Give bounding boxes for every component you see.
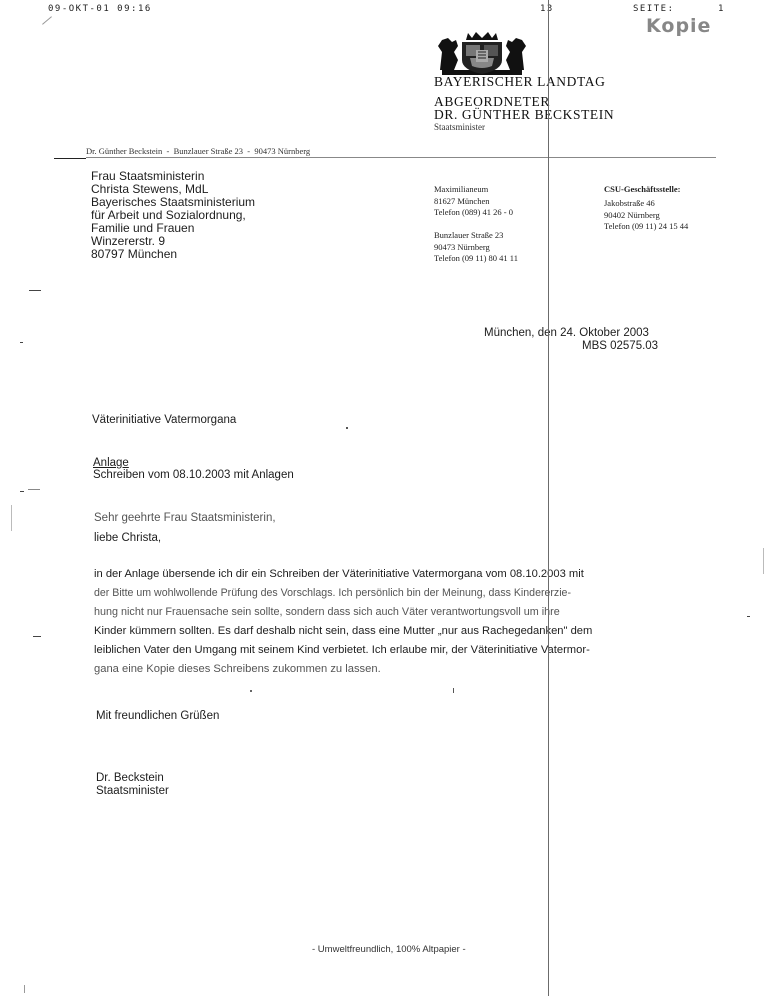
- fax-page-label: SEITE:: [633, 4, 675, 14]
- margin-mark: [763, 548, 764, 574]
- scan-speck: [453, 688, 454, 693]
- subject-line: Väterinitiative Vatermorgana: [92, 414, 236, 426]
- fax-page-number: 1: [718, 4, 725, 14]
- letterhead-name: DR. GÜNTHER BECKSTEIN: [434, 108, 614, 122]
- scan-speck: [346, 427, 348, 429]
- csu-office-heading: CSU-Geschäftsstelle:: [604, 184, 680, 194]
- signature-name: Dr. Beckstein: [96, 772, 164, 784]
- letterhead-title: Staatsminister: [434, 122, 485, 132]
- punch-mark: [28, 489, 40, 490]
- letter-body: in der Anlage übersende ich dir ein Schr…: [94, 565, 592, 679]
- body-line: Kinder kümmern sollten. Es darf deshalb …: [94, 622, 592, 641]
- enclosure-text: Schreiben vom 08.10.2003 mit Anlagen: [93, 469, 294, 481]
- coat-of-arms-icon: [436, 30, 528, 76]
- body-line: der Bitte um wohlwollende Prüfung des Vo…: [94, 584, 592, 603]
- body-line: in der Anlage übersende ich dir ein Schr…: [94, 565, 592, 584]
- return-address-city: 90473 Nürnberg: [254, 146, 310, 156]
- place-date: München, den 24. Oktober 2003: [484, 327, 649, 339]
- fold-rule-left: [54, 158, 86, 159]
- return-address-street: Bunzlauer Straße 23: [174, 146, 243, 156]
- salutation-line-2: liebe Christa,: [94, 532, 161, 544]
- scan-artifact: [42, 16, 52, 24]
- signature-title: Staatsminister: [96, 785, 169, 797]
- return-address-name: Dr. Günther Beckstein: [86, 146, 162, 156]
- body-line: leiblichen Vater den Umgang mit seinem K…: [94, 641, 592, 660]
- margin-mark: [20, 342, 23, 343]
- footer-note: - Umweltfreundlich, 100% Altpapier -: [312, 944, 466, 955]
- return-address: Dr. Günther Beckstein - Bunzlauer Straße…: [86, 146, 310, 156]
- fax-timestamp: 09-OKT-01 09:16: [48, 4, 152, 14]
- fold-mark: [29, 290, 41, 291]
- letterhead-rule: [86, 157, 716, 158]
- contact-office-munich: Maximilianeum 81627 München Telefon (089…: [434, 184, 513, 219]
- margin-mark: [20, 491, 24, 492]
- recipient-address: Frau Staatsministerin Christa Stewens, M…: [91, 170, 255, 261]
- reference-number: MBS 02575.03: [582, 340, 658, 352]
- csu-office-address: Jakobstraße 46 90402 Nürnberg Telefon (0…: [604, 198, 688, 233]
- margin-mark: [24, 985, 25, 993]
- enclosure-label: Anlage: [93, 457, 129, 469]
- margin-mark: [11, 505, 12, 531]
- fax-number: 13: [540, 4, 554, 14]
- scan-line-artifact: [548, 0, 549, 996]
- copy-stamp: Kopie: [646, 15, 711, 37]
- salutation-line-1: Sehr geehrte Frau Staatsministerin,: [94, 512, 276, 524]
- margin-mark: [747, 616, 750, 617]
- closing-greeting: Mit freundlichen Grüßen: [96, 710, 219, 722]
- body-line: gana eine Kopie dieses Schreibens zukomm…: [94, 660, 592, 679]
- contact-office-nuremberg: Bunzlauer Straße 23 90473 Nürnberg Telef…: [434, 230, 518, 265]
- scan-speck: [250, 690, 252, 692]
- fold-mark: [33, 636, 41, 637]
- letterhead-institution: BAYERISCHER LANDTAG: [434, 74, 605, 90]
- body-line: hung nicht nur Frauensache sein sollte, …: [94, 603, 592, 622]
